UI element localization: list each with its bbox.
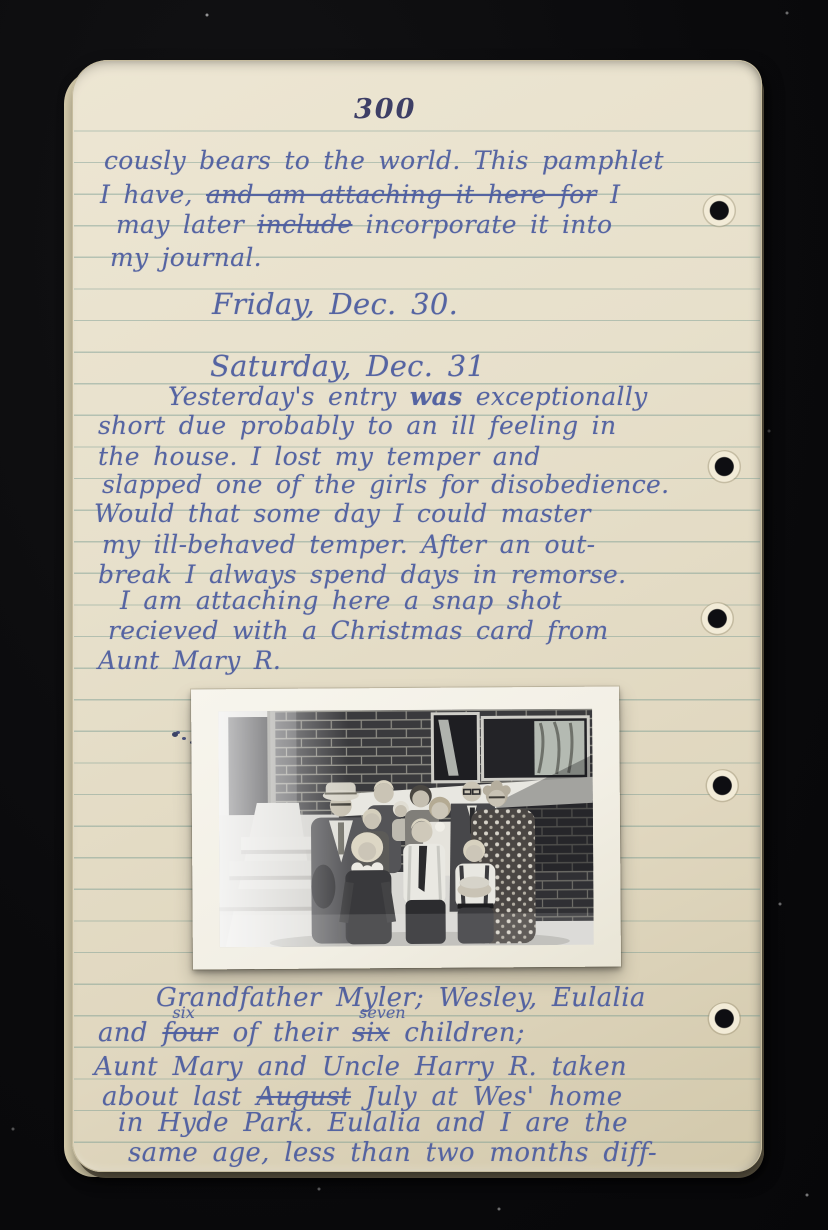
corrected-word: sevensix	[352, 1020, 389, 1046]
correction-above: six	[172, 1005, 194, 1021]
struck-text: four	[162, 1018, 218, 1048]
binder-hole	[707, 450, 743, 486]
struck-text: six	[352, 1018, 389, 1048]
binder-hole	[702, 194, 738, 230]
entry-heading-saturday: Saturday, Dec. 31	[210, 352, 485, 381]
handwriting-line: the house. I lost my temper and	[98, 444, 541, 469]
handwriting-line: slapped one of the girls for disobedienc…	[102, 472, 669, 497]
binder-hole	[705, 769, 741, 805]
correction-above: seven	[359, 1005, 406, 1021]
handwriting-line: Aunt Mary and Uncle Harry R. taken	[94, 1054, 627, 1080]
handwriting-line: Yesterday's entry was exceptionally	[168, 384, 648, 409]
page-number: 300	[354, 96, 416, 123]
handwriting-line: I am attaching here a snap shot	[120, 588, 562, 613]
handwriting-line: my ill-behaved temper. After an out-	[102, 532, 595, 557]
photo-bottom-haze	[220, 913, 594, 948]
photo-window-left	[432, 713, 478, 781]
handwriting-line: Aunt Mary R.	[98, 648, 281, 673]
family-photo-image	[218, 709, 594, 948]
scan-backdrop: { "document": { "type": "scanned handwri…	[0, 0, 828, 1230]
handwriting-line: cously bears to the world. This pamphlet	[104, 148, 664, 173]
struck-text: include	[257, 210, 352, 239]
handwriting-line: and sixfour of their sevensix children;	[98, 1020, 525, 1046]
binder-hole	[700, 602, 736, 638]
entry-heading-friday: Friday, Dec. 30.	[212, 290, 458, 319]
handwriting-line: same age, less than two months diff-	[128, 1140, 657, 1166]
handwriting-line: break I always spend days in remorse.	[98, 562, 626, 587]
handwriting-line: about last August July at Wes' home	[102, 1084, 622, 1110]
handwriting-line: in Hyde Park. Eulalia and I are the	[118, 1110, 628, 1136]
handwriting-line: recieved with a Christmas card from	[108, 618, 608, 643]
struck-text: and am attaching it here for	[206, 180, 597, 209]
pasted-snapshot	[191, 687, 621, 970]
handwriting-line: I have, and am attaching it here for I	[100, 182, 620, 207]
handwriting-line: my journal.	[110, 245, 262, 270]
overwritten-word: was	[410, 382, 463, 411]
handwriting-line: Would that some day I could master	[94, 501, 591, 526]
handwriting-line: may later include incorporate it into	[116, 212, 612, 237]
dust-speckles	[0, 0, 2, 2]
journal-page: 300 cously bears to the world. This pamp…	[72, 60, 762, 1172]
photo-overexposure	[218, 710, 350, 947]
corrected-word: sixfour	[162, 1020, 218, 1046]
handwriting-line: short due probably to an ill feeling in	[98, 413, 616, 438]
ink-smudge	[172, 732, 178, 737]
binder-hole	[707, 1002, 743, 1038]
